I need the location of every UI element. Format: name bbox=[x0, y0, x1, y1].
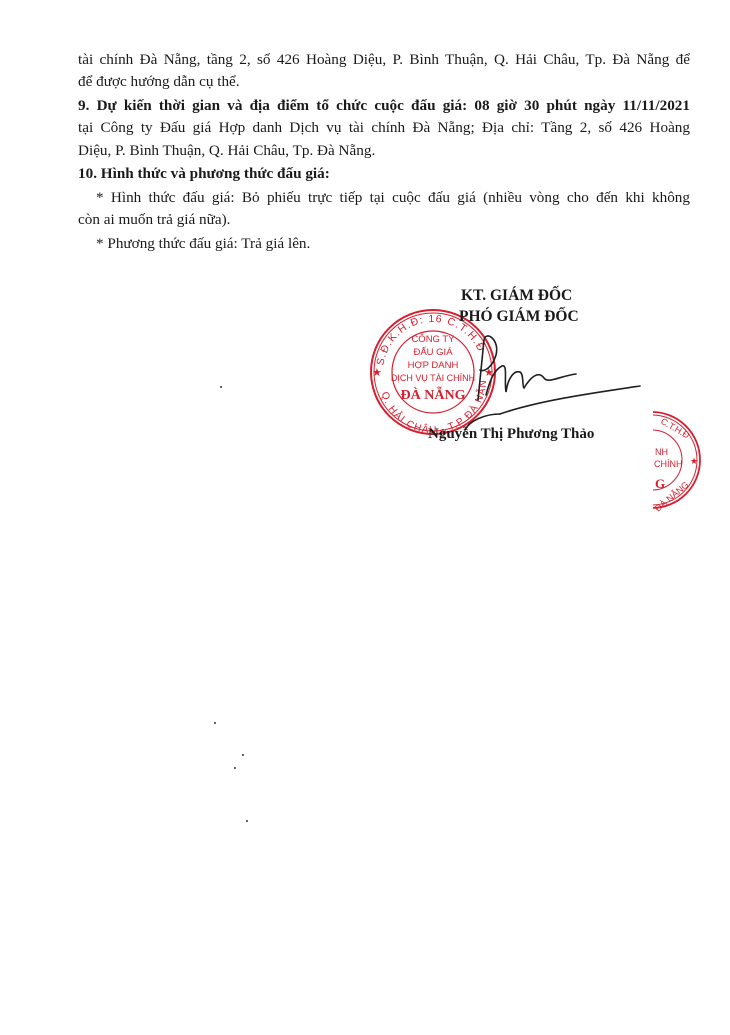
signer-name: Nguyễn Thị Phương Thảo bbox=[428, 424, 594, 444]
signature-title-2: PHÓ GIÁM ĐỐC bbox=[459, 307, 579, 327]
scan-speck bbox=[220, 386, 222, 388]
svg-text:ĐẤU GIÁ: ĐẤU GIÁ bbox=[413, 347, 453, 358]
svg-text:C.T.H.Đ: C.T.H.Đ bbox=[659, 416, 692, 441]
svg-text:ĐÀ NẴNG: ĐÀ NẴNG bbox=[401, 385, 466, 403]
svg-text:NH: NH bbox=[655, 447, 668, 457]
scan-speck bbox=[234, 767, 236, 769]
svg-text:DỊCH VỤ TÀI CHÍNH: DỊCH VỤ TÀI CHÍNH bbox=[391, 373, 475, 383]
partial-stamp: C.T.H.Đ NH CHÍNH G ĐÀ NẴNG ★ bbox=[604, 412, 700, 514]
company-stamp: S.Đ.K.H.Đ: 16 C.T.H.Đ Q. HẢI CHÂU - T.P … bbox=[0, 0, 730, 1035]
scan-speck bbox=[246, 820, 248, 822]
svg-text:★: ★ bbox=[372, 367, 382, 379]
svg-text:HỢP DANH: HỢP DANH bbox=[408, 360, 459, 371]
scan-speck bbox=[214, 722, 216, 724]
scan-speck bbox=[242, 754, 244, 756]
svg-text:★: ★ bbox=[690, 456, 698, 466]
signature-title-1: KT. GIÁM ĐỐC bbox=[461, 286, 572, 306]
svg-text:G: G bbox=[655, 476, 665, 491]
svg-text:CHÍNH: CHÍNH bbox=[654, 459, 683, 469]
svg-text:CÔNG TY: CÔNG TY bbox=[411, 334, 455, 345]
